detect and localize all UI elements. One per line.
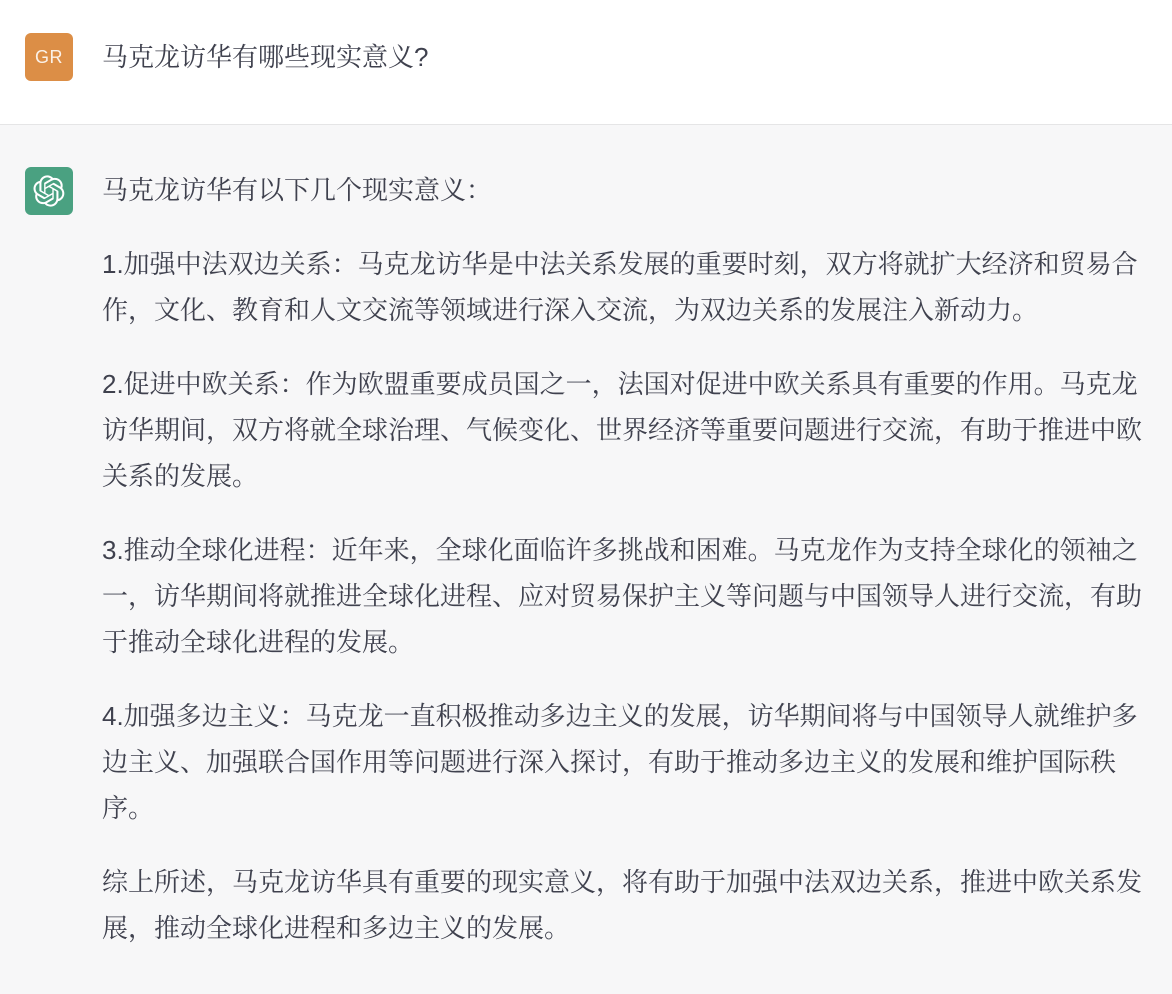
- user-avatar: GR: [25, 33, 73, 81]
- assistant-paragraph-intro: 马克龙访华有以下几个现实意义：: [102, 167, 1152, 213]
- openai-logo-icon: [33, 175, 65, 207]
- assistant-message-text: 马克龙访华有以下几个现实意义： 1.加强中法双边关系：马克龙访华是中法关系发展的…: [102, 167, 1152, 951]
- assistant-paragraph-3: 3.推动全球化进程：近年来，全球化面临许多挑战和困难。马克龙作为支持全球化的领袖…: [102, 527, 1152, 665]
- assistant-paragraph-conclusion: 综上所述，马克龙访华具有重要的现实意义，将有助于加强中法双边关系，推进中欧关系发…: [102, 859, 1152, 951]
- assistant-paragraph-2: 2.促进中欧关系：作为欧盟重要成员国之一，法国对促进中欧关系具有重要的作用。马克…: [102, 361, 1152, 499]
- assistant-avatar: [25, 167, 73, 215]
- assistant-paragraph-1: 1.加强中法双边关系：马克龙访华是中法关系发展的重要时刻，双方将就扩大经济和贸易…: [102, 241, 1152, 333]
- assistant-message-row: 马克龙访华有以下几个现实意义： 1.加强中法双边关系：马克龙访华是中法关系发展的…: [0, 124, 1172, 994]
- user-avatar-initials: GR: [35, 48, 63, 66]
- user-message-text: 马克龙访华有哪些现实意义?: [102, 33, 1152, 80]
- chat-transcript: GR 马克龙访华有哪些现实意义? 马克龙访华有以下几个现实意义： 1.加强中法双…: [0, 0, 1172, 994]
- assistant-paragraph-4: 4.加强多边主义：马克龙一直积极推动多边主义的发展，访华期间将与中国领导人就维护…: [102, 693, 1152, 831]
- user-message-row: GR 马克龙访华有哪些现实意义?: [0, 0, 1172, 124]
